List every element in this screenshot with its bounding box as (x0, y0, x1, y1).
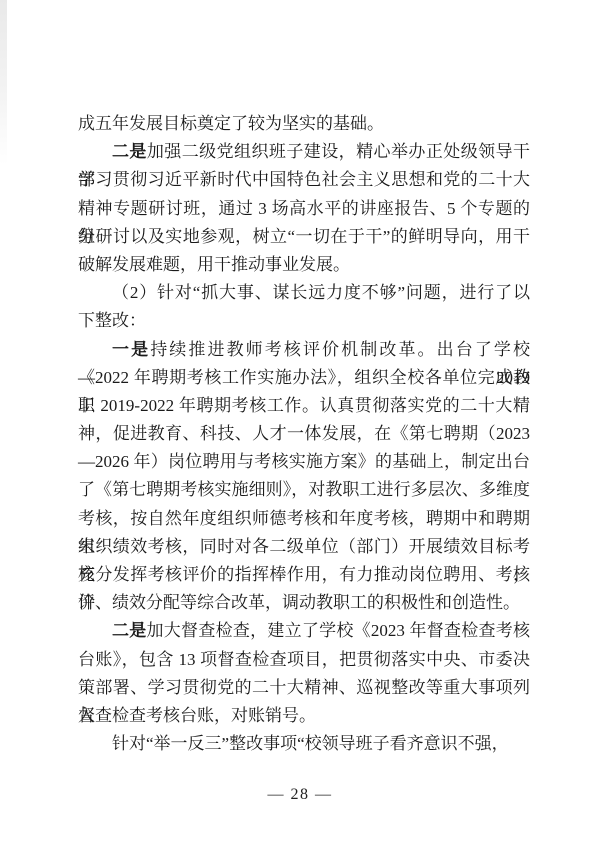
text-line: 一是持续推进教师考核评价机制改革。出台了学校《2019 (78, 336, 530, 364)
text-line: 学习贯彻习近平新时代中国特色社会主义思想和党的二十大 (78, 166, 530, 194)
document-page: 成五年发展目标奠定了较为坚实的基础。二是加强二级党组织班子建设，精心举办正处级领… (0, 0, 600, 848)
text-line: 二是加大督查检查，建立了学校《2023 年督查检查考核 (78, 617, 530, 645)
text-line: 神，促进教育、科技、人才一体发展，在《第七聘期（2023 (78, 420, 530, 448)
bold-lead: 一是 (112, 340, 150, 359)
bold-lead: 二是 (112, 621, 147, 640)
scan-artifact (0, 0, 7, 165)
text-line: 台账》，包含 13 项督查检查项目，把贯彻落实中央、市委决 (78, 646, 530, 674)
text-line: —2022 年聘期考核工作实施办法》，组织全校各单位完成教职 (78, 364, 530, 392)
text-line: 策部署、学习贯彻党的二十大精神、巡视整改等重大事项列入 (78, 674, 530, 702)
text-line: 督查检查考核台账，对账销号。 (78, 702, 530, 730)
text-line: 下整改： (78, 307, 530, 335)
text-line: 组织绩效考核，同时对各二级单位（部门）开展绩效目标考核， (78, 533, 530, 561)
text-line: 了《第七聘期考核实施细则》，对教职工进行多层次、多维度 (78, 476, 530, 504)
text-line: 价、绩效分配等综合改革，调动教职工的积极性和创造性。 (78, 589, 530, 617)
text-line: 考核，按自然年度组织师德考核和年度考核，聘期中和聘期末 (78, 505, 530, 533)
text-line: 工 2019-2022 年聘期考核工作。认真贯彻落实党的二十大精 (78, 392, 530, 420)
text-line: （2）针对“抓大事、谋长远力度不够”问题，进行了以 (78, 279, 530, 307)
bold-lead: 二是 (112, 142, 147, 161)
text-line: 充分发挥考核评价的指挥棒作用，有力推动岗位聘用、考核评 (78, 561, 530, 589)
text-line: 破解发展难题，用干推动事业发展。 (78, 251, 530, 279)
text-line: 成五年发展目标奠定了较为坚实的基础。 (78, 110, 530, 138)
page-body: 成五年发展目标奠定了较为坚实的基础。二是加强二级党组织班子建设，精心举办正处级领… (78, 110, 530, 758)
text-line: 组研讨以及实地参观，树立“一切在于干”的鲜明导向，用干 (78, 223, 530, 251)
text-line: —2026 年）岗位聘用与考核实施方案》的基础上，制定出台 (78, 448, 530, 476)
page-number: — 28 — (0, 786, 600, 804)
text-line: 针对“举一反三”整改事项“校领导班子看齐意识不强， (78, 730, 530, 758)
text-line: 二是加强二级党组织班子建设，精心举办正处级领导干部 (78, 138, 530, 166)
text-line: 精神专题研讨班，通过 3 场高水平的讲座报告、5 个专题的分 (78, 195, 530, 223)
